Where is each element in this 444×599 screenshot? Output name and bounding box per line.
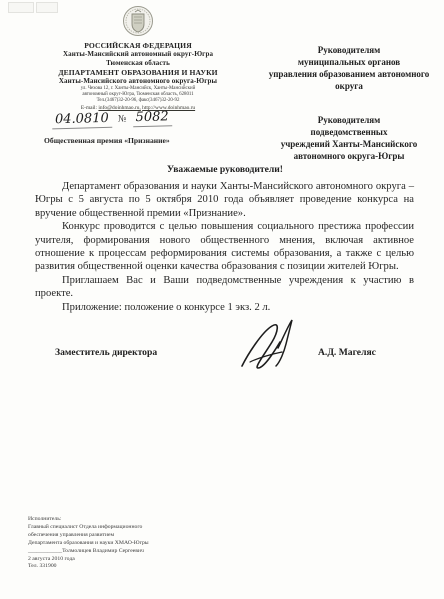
recipients-block: Руководителям муниципальных органов упра… (266, 44, 432, 184)
letter-body: Департамент образования и науки Ханты-Ма… (35, 180, 414, 314)
recipient-group-1: Руководителям муниципальных органов упра… (266, 44, 432, 92)
org-line: Ханты-Мансийского автономного округа-Югр… (18, 77, 258, 86)
paragraph: Департамент образования и науки Ханты-Ма… (35, 180, 414, 220)
coat-of-arms-icon (122, 5, 154, 38)
scan-artifact-box (8, 2, 34, 13)
email-label: E-mail: (81, 105, 97, 111)
recipient-line: автономного округа-Югры (266, 150, 432, 162)
handwritten-signature-icon (228, 318, 314, 376)
org-line: Тюменская область (18, 59, 258, 68)
footer-line: Департамента образования и науки ХМАО-Юг… (28, 540, 268, 548)
recipient-line: муниципальных органов (266, 56, 432, 68)
recipient-line: управления образованием автономного (266, 68, 432, 80)
org-line: Ханты-Мансийский автономный округ-Югра (18, 50, 258, 59)
recipient-line: округа (266, 80, 432, 92)
letter-subject: Общественная премия «Признание» (44, 136, 244, 145)
scan-artifact-box (36, 2, 58, 13)
reference-number: 5082 (132, 109, 172, 127)
scanned-letter-page: РОССИЙСКАЯ ФЕДЕРАЦИЯ Ханты-Мансийский ав… (0, 0, 444, 599)
org-line: РОССИЙСКАЯ ФЕДЕРАЦИЯ (18, 41, 258, 50)
footer-line: Тел. 331900 (28, 563, 268, 571)
footer-line: 2 августа 2010 года (28, 556, 268, 564)
paragraph: Приглашаем Вас и Ваши подведомственные у… (35, 274, 414, 301)
org-line: ДЕПАРТАМЕНТ ОБРАЗОВАНИЯ И НАУКИ (18, 68, 258, 77)
recipient-line: учреждений Ханты-Мансийского (266, 138, 432, 150)
salutation: Уважаемые руководители! (35, 164, 415, 175)
signer-position: Заместитель директора (55, 347, 157, 358)
recipient-line: подведомственных (266, 126, 432, 138)
footer-line: Главный специалист Отдела информационног… (28, 524, 268, 532)
recipient-line: Руководителям (266, 114, 432, 126)
paragraph: Конкурс проводится с целью повышения соц… (35, 220, 414, 274)
paragraph: Приложение: положение о конкурсе 1 экз. … (35, 301, 414, 314)
number-sign: № (116, 114, 129, 124)
phone-line: Тел.(3467)32-20-96, факс(3467)32-20-92 (18, 98, 258, 104)
letterhead-organization: РОССИЙСКАЯ ФЕДЕРАЦИЯ Ханты-Мансийский ав… (18, 41, 258, 86)
recipient-line: Руководителям (266, 44, 432, 56)
footer-line: обеспечения управления развитием (28, 532, 268, 540)
signature-block: Заместитель директора А.Д. Магеляс (0, 338, 444, 394)
signer-name: А.Д. Магеляс (318, 347, 376, 358)
recipient-group-2: Руководителям подведомственных учреждени… (266, 114, 432, 162)
executor-footer: Исполнитель: Главный специалист Отдела и… (28, 516, 268, 571)
footer-line: ____________Толмолицев Владимир Сергееви… (28, 548, 268, 556)
footer-line: Исполнитель: (28, 516, 268, 524)
reference-date: 04.0810 (52, 111, 112, 130)
